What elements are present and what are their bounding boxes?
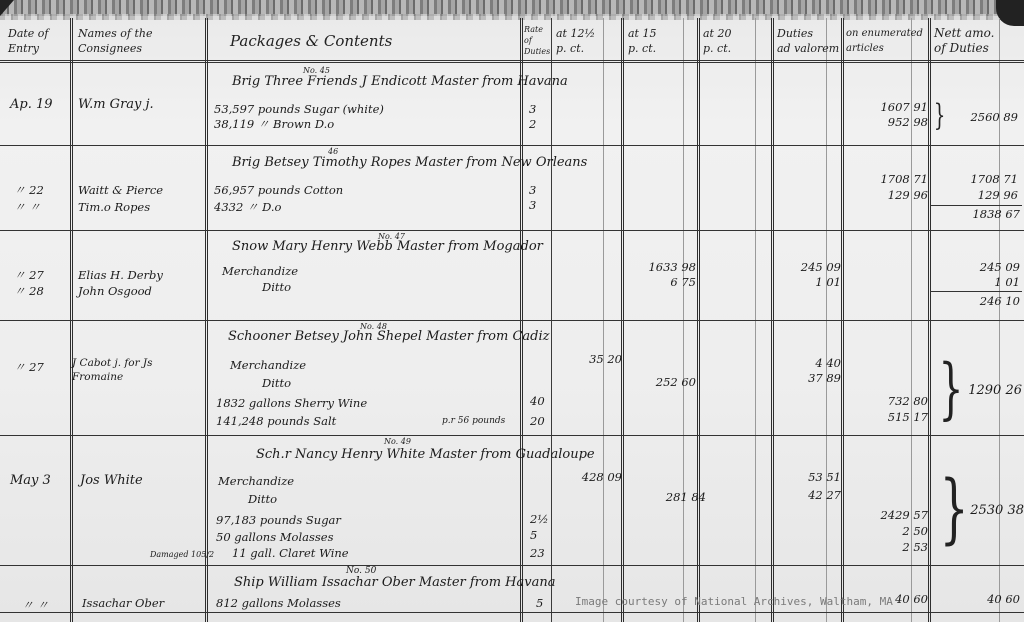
at-12-5-value: 1633 98 bbox=[630, 260, 696, 274]
consignee: Jos White bbox=[80, 474, 143, 488]
contents-line: 53,597 pounds Sugar (white) bbox=[214, 102, 384, 116]
header-line: at 12½ bbox=[556, 26, 595, 41]
contents-line: Ditto bbox=[262, 376, 291, 390]
consignee: Tim.o Ropes bbox=[78, 200, 150, 214]
vessel-line: Schooner Betsey John Shepel Master from … bbox=[228, 330, 549, 344]
contents-line: 141,248 pounds Salt bbox=[216, 414, 336, 428]
page-corner-left bbox=[0, 0, 14, 16]
ad-valorem-value: 245 09 bbox=[775, 260, 841, 274]
header-line: Names of the bbox=[78, 26, 152, 41]
ad-valorem-value: 1 01 bbox=[775, 275, 841, 289]
header-date-of-entry: Date of Entry bbox=[8, 26, 49, 56]
sum-rule bbox=[930, 291, 1022, 292]
header-at-12-5: at 12½ p. ct. bbox=[556, 26, 595, 56]
contents-line: 97,183 pounds Sugar bbox=[216, 513, 341, 527]
rate-value: 3 bbox=[529, 102, 536, 116]
ad-valorem-value: 42 27 bbox=[775, 488, 841, 502]
row-rule bbox=[0, 230, 1024, 231]
contents-line: 1832 gallons Sherry Wine bbox=[216, 396, 367, 410]
row-rule bbox=[0, 612, 1024, 613]
header-consignees: Names of the Consignees bbox=[78, 26, 152, 56]
vessel-line: Brig Betsey Timothy Ropes Master from Ne… bbox=[232, 156, 587, 170]
header-line: at 15 bbox=[628, 26, 656, 41]
at-12-5-value: 6 75 bbox=[630, 275, 696, 289]
vessel-line: Snow Mary Henry Webb Master from Mogador bbox=[232, 240, 543, 254]
rate-value: 5 bbox=[536, 596, 543, 610]
header-line: p. ct. bbox=[703, 41, 731, 56]
rate-value: 23 bbox=[530, 546, 545, 560]
page-corner-right bbox=[996, 0, 1024, 26]
row-rule bbox=[0, 565, 1024, 566]
nett-value: 1 01 bbox=[940, 275, 1020, 289]
vessel-line: Brig Three Friends J Endicott Master fro… bbox=[232, 75, 568, 89]
nett-value: 40 60 bbox=[940, 592, 1020, 606]
rate-value: 2 bbox=[529, 117, 536, 131]
contents-line: Merchandize bbox=[230, 358, 306, 372]
header-line: Date of bbox=[8, 26, 49, 41]
enumerated-value: 2 53 bbox=[858, 540, 928, 554]
enumerated-value: 2 50 bbox=[858, 524, 928, 538]
page-top-edge-shadow bbox=[0, 14, 1024, 20]
at-12-5-value: 428 09 bbox=[560, 470, 622, 484]
contents-line: Ditto bbox=[248, 492, 277, 506]
sum-rule bbox=[930, 205, 1022, 206]
at-12-5-value: 35 20 bbox=[560, 352, 622, 366]
rate-value: 20 bbox=[530, 414, 545, 428]
header-ad-valorem: Duties ad valorem bbox=[777, 26, 839, 56]
contents-line: Ditto bbox=[262, 280, 291, 294]
header-line: Duties bbox=[777, 26, 839, 41]
header-line: Consignees bbox=[78, 41, 152, 56]
contents-line: Merchandize bbox=[218, 474, 294, 488]
header-enumerated: on enumerated articles bbox=[846, 26, 923, 56]
ad-valorem-value: 4 40 bbox=[775, 356, 841, 370]
consignee: W.m Gray j. bbox=[78, 98, 154, 112]
vessel-line: Ship William Issachar Ober Master from H… bbox=[234, 576, 555, 590]
enumerated-value: 129 96 bbox=[858, 188, 928, 202]
contents-line: Merchandize bbox=[222, 264, 298, 278]
enumerated-value: 1607 91 bbox=[858, 100, 928, 114]
entry-date: May 3 bbox=[10, 474, 51, 488]
row-rule bbox=[0, 435, 1024, 436]
entry-date: 〃 〃 bbox=[22, 598, 49, 612]
entry-date: 〃 28 bbox=[14, 284, 44, 298]
consignee: J Cabot j. for Js Fromaine bbox=[72, 356, 202, 384]
enumerated-value: 952 98 bbox=[858, 115, 928, 129]
nett-value: 129 96 bbox=[940, 188, 1018, 202]
contents-line: 56,957 pounds Cotton bbox=[214, 183, 343, 197]
image-credit: Image courtesy of National Archives, Wal… bbox=[575, 595, 893, 608]
entry-number: No. 49 bbox=[384, 437, 411, 446]
rate-value: 40 bbox=[530, 394, 545, 408]
header-line: articles bbox=[846, 41, 923, 56]
header-line: at 20 bbox=[703, 26, 731, 41]
consignee: Waitt & Pierce bbox=[78, 183, 163, 197]
header-line: Duties bbox=[524, 46, 550, 57]
header-line: of bbox=[524, 35, 550, 46]
ledger-page: Date of Entry Names of the Consignees Pa… bbox=[0, 0, 1024, 622]
contents-note: p.r 56 pounds bbox=[442, 414, 505, 428]
row-rule bbox=[0, 145, 1024, 146]
rate-value: 2½ bbox=[530, 512, 548, 526]
consignee: Elias H. Derby bbox=[78, 268, 163, 282]
header-packages: Packages & Contents bbox=[230, 34, 392, 49]
rate-value: 5 bbox=[530, 528, 537, 542]
contents-line: 11 gall. Claret Wine bbox=[232, 546, 349, 560]
nett-value: 1708 71 bbox=[940, 172, 1018, 186]
nett-value: 2560 89 bbox=[940, 110, 1018, 124]
rate-value: 3 bbox=[529, 183, 536, 197]
nett-value: 1290 26 bbox=[940, 384, 1022, 398]
ad-valorem-value: 53 51 bbox=[775, 470, 841, 484]
rate-value: 3 bbox=[529, 198, 536, 212]
header-line: Entry bbox=[8, 41, 49, 56]
header-nett-amount: Nett amo. of Duties bbox=[934, 26, 994, 56]
nett-total: 1838 67 bbox=[940, 207, 1020, 221]
ad-valorem-value: 37 89 bbox=[775, 371, 841, 385]
entry-date: 〃 22 bbox=[14, 183, 44, 197]
contents-line: 4332 〃 D.o bbox=[214, 200, 281, 214]
contents-line: 50 gallons Molasses bbox=[216, 530, 334, 544]
at-15-value: 252 60 bbox=[630, 375, 696, 389]
header-at-15: at 15 p. ct. bbox=[628, 26, 656, 56]
contents-line: 38,119 〃 Brown D.o bbox=[214, 117, 334, 131]
entry-date: 〃 〃 bbox=[14, 200, 41, 214]
header-line: on enumerated bbox=[846, 26, 923, 41]
vessel-line: Sch.r Nancy Henry White Master from Guad… bbox=[256, 448, 595, 462]
header-line: Nett amo. bbox=[934, 26, 994, 41]
nett-total: 246 10 bbox=[940, 294, 1020, 308]
header-line: of Duties bbox=[934, 41, 994, 56]
header-line: Rate bbox=[524, 24, 550, 35]
entry-date: Ap. 19 bbox=[10, 98, 53, 112]
header-line: p. ct. bbox=[628, 41, 656, 56]
header-rule bbox=[0, 60, 1024, 63]
enumerated-value: 1708 71 bbox=[858, 172, 928, 186]
enumerated-value: 515 17 bbox=[858, 410, 928, 424]
header-rate: Rate of Duties bbox=[524, 24, 550, 57]
nett-value: 2530 38 bbox=[940, 504, 1024, 518]
contents-line: 812 gallons Molasses bbox=[216, 596, 341, 610]
row-rule bbox=[0, 320, 1024, 321]
at-15-value: 281 84 bbox=[630, 490, 706, 504]
header-line: ad valorem bbox=[777, 41, 839, 56]
header-at-20: at 20 p. ct. bbox=[703, 26, 731, 56]
consignee: Issachar Ober bbox=[82, 596, 164, 610]
nett-value: 245 09 bbox=[940, 260, 1020, 274]
consignee: John Osgood bbox=[78, 284, 152, 298]
header-line: p. ct. bbox=[556, 41, 595, 56]
entry-date: 〃 27 bbox=[14, 360, 44, 374]
enumerated-value: 732 80 bbox=[858, 394, 928, 408]
entry-date: 〃 27 bbox=[14, 268, 44, 282]
enumerated-value: 2429 57 bbox=[858, 508, 928, 522]
contents-prefix: Damaged 105/2 bbox=[150, 548, 214, 562]
